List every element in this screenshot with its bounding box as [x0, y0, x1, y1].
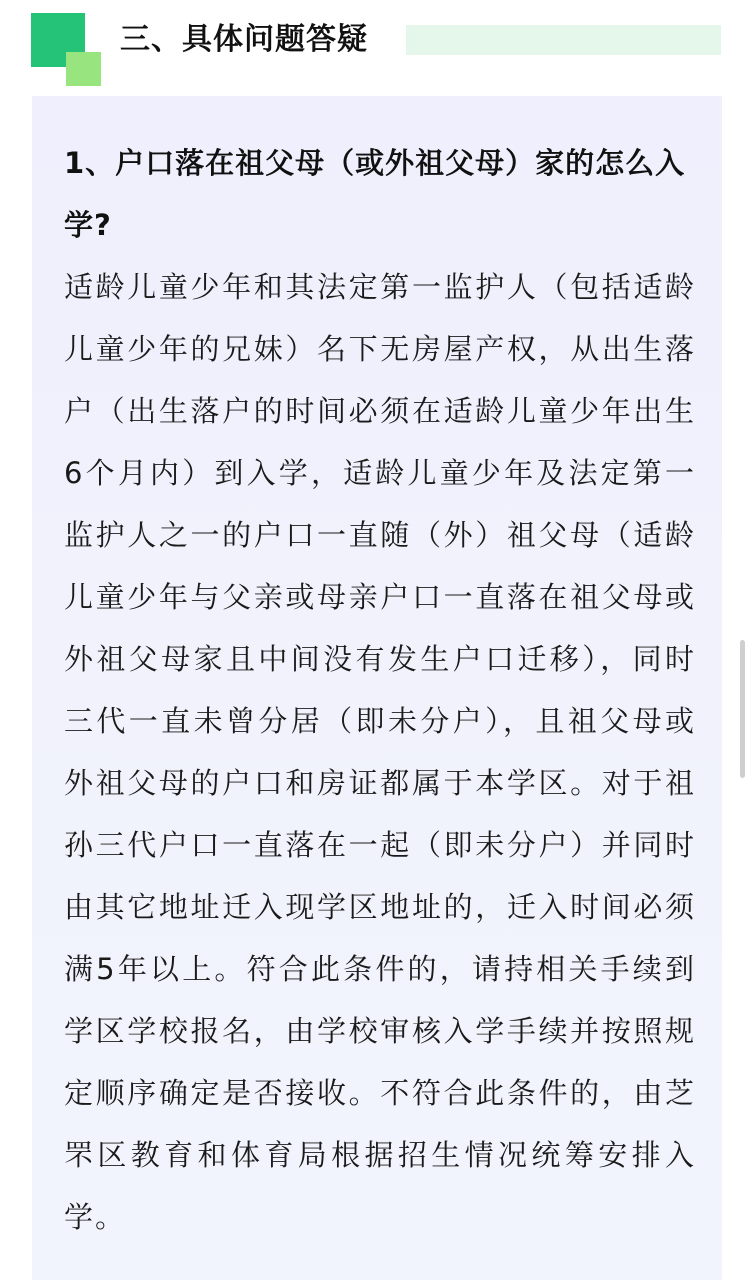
section-header: 三、具体问题答疑 — [0, 0, 752, 96]
section-title: 三、具体问题答疑 — [120, 18, 368, 62]
qa-content: 1、户口落在祖父母（或外祖父母）家的怎么入学? 适龄儿童少年和其法定第一监护人（… — [64, 132, 696, 1248]
scrollbar[interactable] — [740, 640, 745, 778]
question-heading: 1、户口落在祖父母（或外祖父母）家的怎么入学? — [64, 132, 696, 256]
decor-square-light-icon — [66, 52, 101, 86]
answer-paragraph: 适龄儿童少年和其法定第一监护人（包括适龄儿童少年的兄妹）名下无房屋产权，从出生落… — [64, 256, 696, 1248]
title-decor-bar — [406, 25, 721, 55]
